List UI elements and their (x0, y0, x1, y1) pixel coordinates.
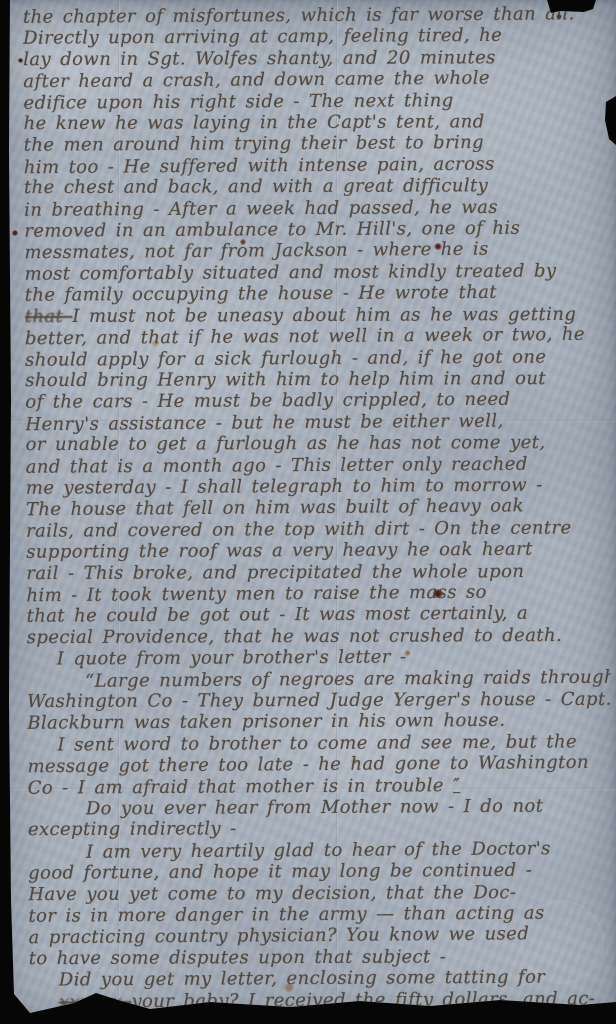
letter-line: that he could be got out - It was most c… (27, 603, 611, 628)
struck-word: xxxxxx (59, 991, 132, 1012)
letter-line: xxxxxx your baby? I received the fifty d… (29, 988, 613, 1013)
letter-line: Have you yet come to my decision, that t… (28, 881, 612, 905)
letter-line: good fortune, and hope it may long be co… (28, 859, 612, 884)
underlined-quote-mark: ″ (453, 775, 460, 796)
letter-line: or unable to get a furlough as he has no… (26, 432, 610, 456)
scan-background: { "colors": { "background": "#060606", "… (0, 0, 616, 1024)
letter-line: should bring Henry with him to help him … (25, 368, 609, 392)
struck-word: that (25, 306, 73, 327)
letter-page: the chapter of misfortunes, which is far… (0, 0, 616, 1024)
letter-line: Washington Co - They burned Judge Yerger… (27, 689, 611, 713)
letter-line: the chest and back, and with a great dif… (24, 175, 608, 199)
letter-line: he knew he was laying in the Capt's tent… (24, 111, 608, 135)
letter-line: Directly upon arriving at camp, feeling … (23, 25, 607, 50)
letter-body: the chapter of misfortunes, which is far… (7, 0, 613, 1024)
letter-line: should apply for a sick furlough - and, … (25, 346, 609, 371)
letter-line: special Providence, that he was not crus… (27, 625, 611, 649)
letter-line: supporting the roof was a very heavy he … (26, 538, 610, 563)
letter-line: to have some disputes upon that subject … (29, 946, 613, 970)
letter-line: edifice upon his right side - The next t… (23, 89, 607, 114)
letter-line: the family occupying the house - He wrot… (25, 281, 609, 306)
